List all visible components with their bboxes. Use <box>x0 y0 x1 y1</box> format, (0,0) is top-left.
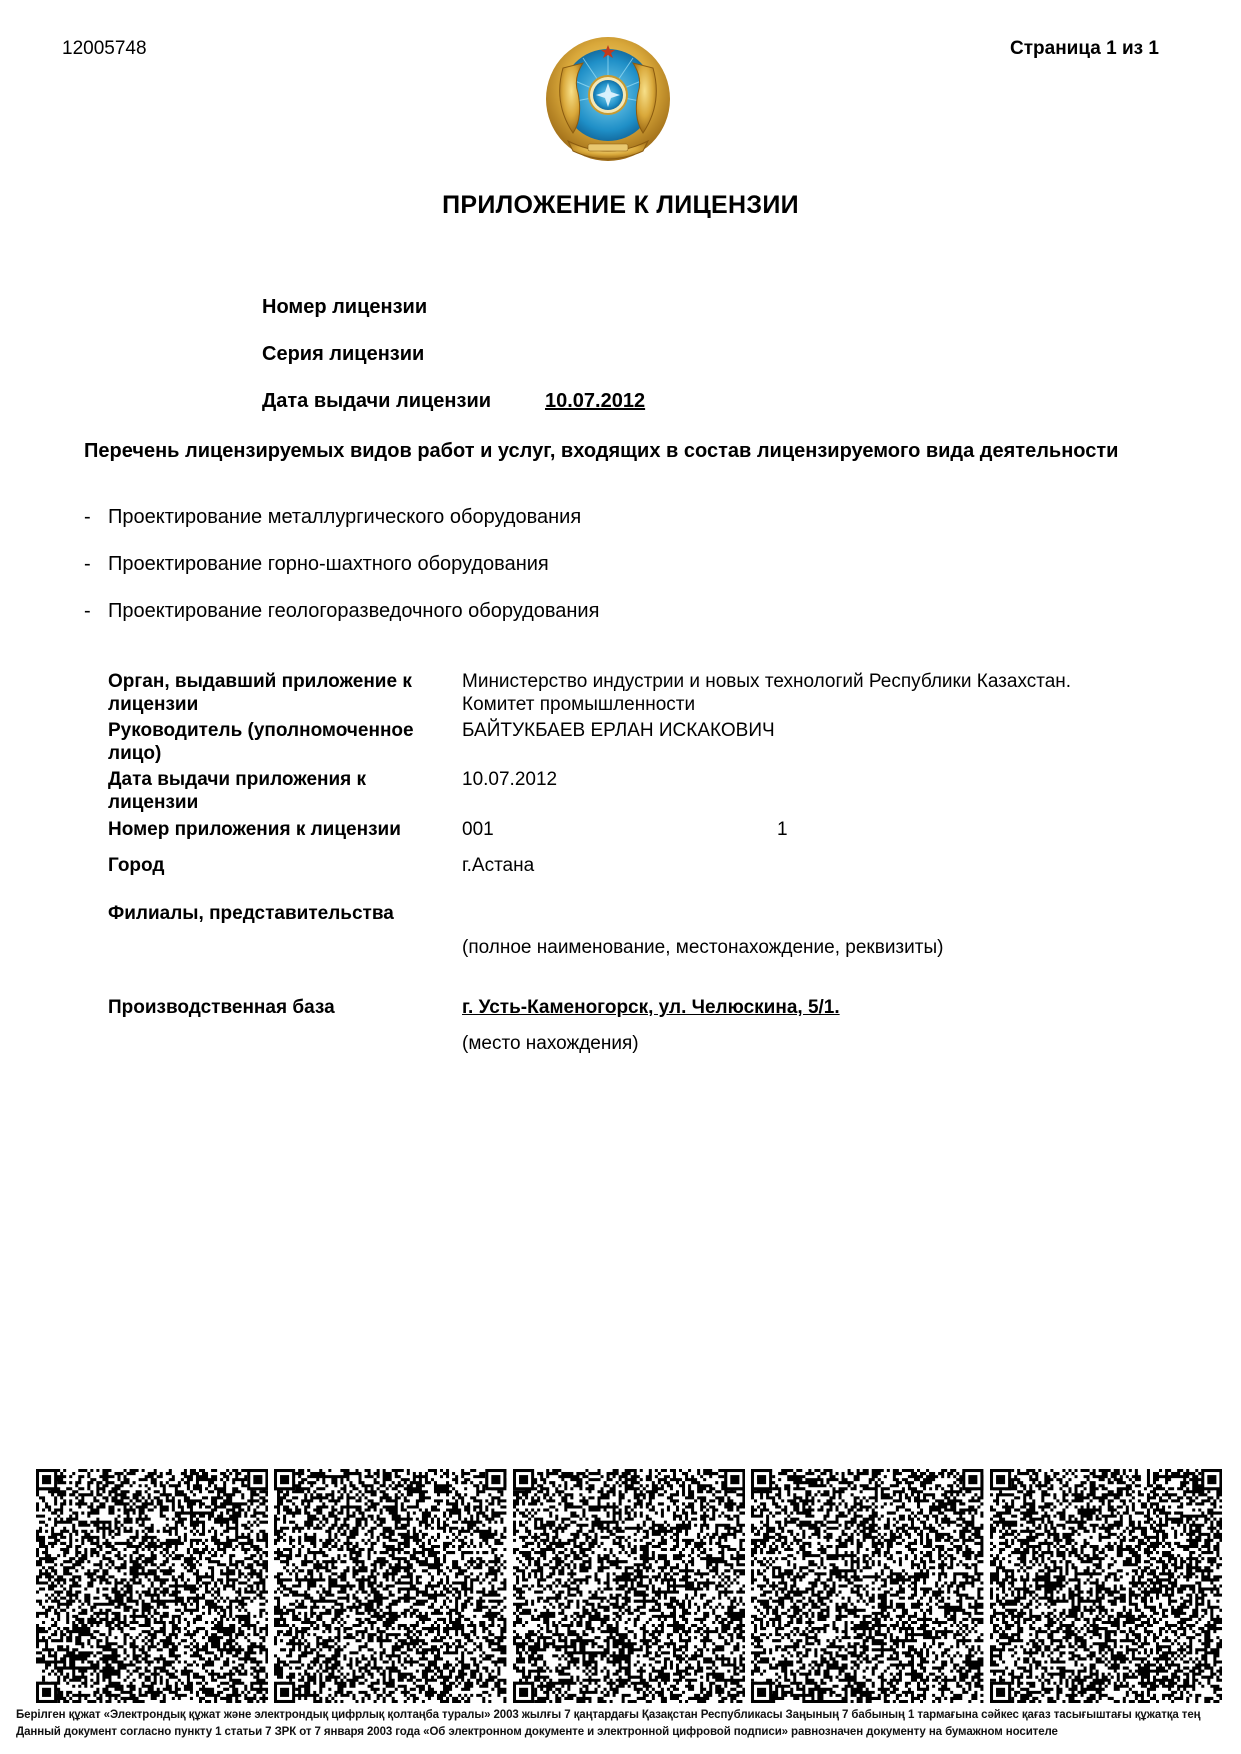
page-title: ПРИЛОЖЕНИЕ К ЛИЦЕНЗИИ <box>0 191 1241 220</box>
footer-legal-kz: Берілген құжат «Электрондық құжат және э… <box>16 1709 1200 1721</box>
license-number-label: Номер лицензии <box>262 296 427 319</box>
appendix-number-label: Номер приложения к лицензии <box>108 818 468 841</box>
page-indicator: Страница 1 из 1 <box>1010 38 1159 60</box>
dash-marker: - <box>84 506 108 529</box>
issuer-value-line2: Комитет промышленности <box>462 693 695 716</box>
license-issue-date-value: 10.07.2012 <box>545 390 645 413</box>
qr-code-icon <box>274 1469 506 1703</box>
qr-code-icon <box>36 1469 268 1703</box>
appendix-date-label: Дата выдачи приложения к лицензии <box>108 768 448 814</box>
issuer-value-line1: Министерство индустрии и новых технологи… <box>462 670 1071 693</box>
list-item: -Проектирование горно-шахтного оборудова… <box>84 553 549 576</box>
head-value: БАЙТУКБАЕВ ЕРЛАН ИСКАКОВИЧ <box>462 719 775 742</box>
production-base-value: г. Усть-Каменогорск, ул. Челюскина, 5/1. <box>462 996 840 1019</box>
city-label: Город <box>108 854 448 877</box>
appendix-number-value: 001 <box>462 818 494 841</box>
list-item: -Проектирование геологоразведочного обор… <box>84 600 599 623</box>
production-base-label: Производственная база <box>108 996 448 1019</box>
issuer-label: Орган, выдавший приложение к лицензии <box>108 670 448 716</box>
qr-code-icon <box>751 1469 983 1703</box>
barcode-strip <box>36 1469 1222 1703</box>
state-emblem-icon <box>543 33 673 169</box>
head-label: Руководитель (уполномоченное лицо) <box>108 719 448 765</box>
license-series-label: Серия лицензии <box>262 343 424 366</box>
qr-code-icon <box>513 1469 745 1703</box>
branches-hint: (полное наименование, местонахождение, р… <box>462 936 943 959</box>
footer-legal-ru: Данный документ согласно пункту 1 статьи… <box>16 1726 1058 1738</box>
dash-marker: - <box>84 553 108 576</box>
production-base-hint: (место нахождения) <box>462 1032 639 1055</box>
appendix-number-extra: 1 <box>777 818 788 841</box>
license-issue-date-label: Дата выдачи лицензии <box>262 390 491 413</box>
dash-marker: - <box>84 600 108 623</box>
list-item: -Проектирование металлургического оборуд… <box>84 506 581 529</box>
qr-code-icon <box>990 1469 1222 1703</box>
list-item-label: Проектирование горно-шахтного оборудован… <box>108 553 549 575</box>
branches-label: Филиалы, представительства <box>108 902 448 925</box>
works-list-heading: Перечень лицензируемых видов работ и усл… <box>84 439 1144 464</box>
list-item-label: Проектирование металлургического оборудо… <box>108 506 581 528</box>
list-item-label: Проектирование геологоразведочного обору… <box>108 600 599 622</box>
appendix-date-value: 10.07.2012 <box>462 768 557 791</box>
city-value: г.Астана <box>462 854 534 877</box>
document-id: 12005748 <box>62 38 147 60</box>
